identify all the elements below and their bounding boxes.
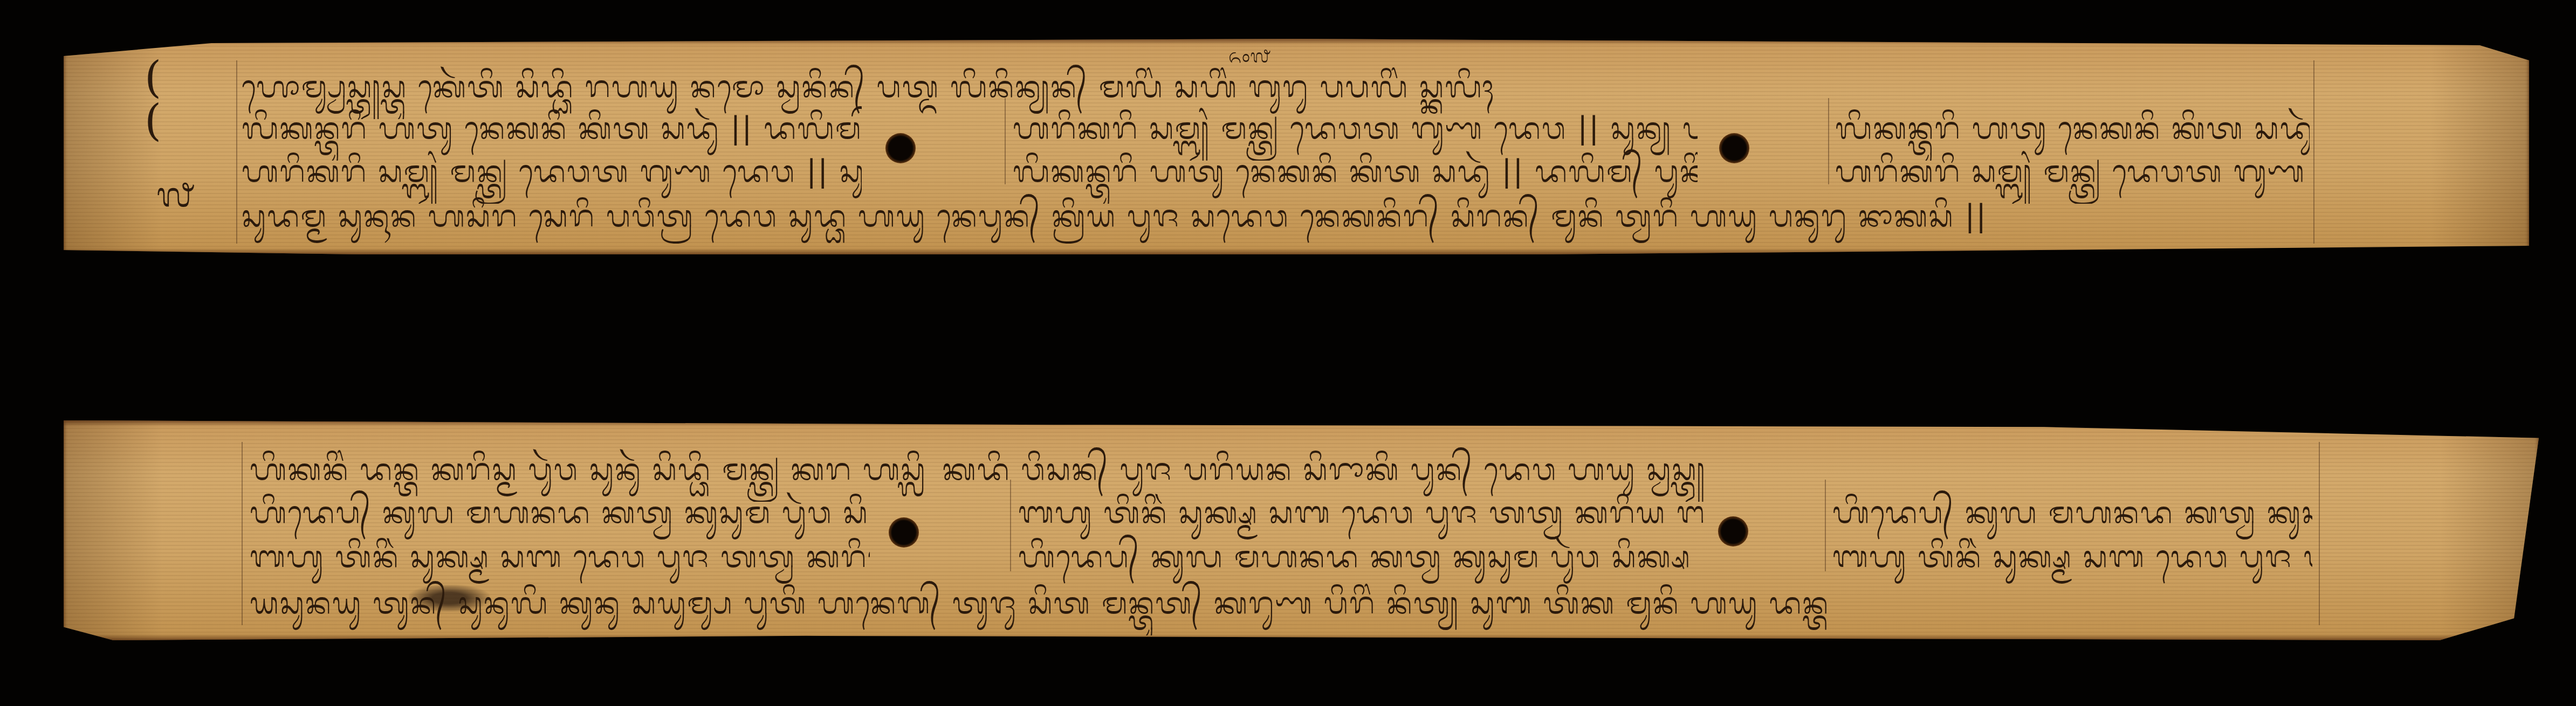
text-line: ᬮᬶᬓᬦ᭄ᬢᬸᬭᬶ ᬳᬢᬸ ᬦᬾᬓᬦᬶ ᬓᬶᬢ ᬲᬤᬸᬃ || ᬤᬮᬶᬫ᭄ ᬧᬸ… bbox=[1013, 149, 1698, 204]
text-line: ᬩᬳᬸ ᬢᬶᬦᬶᬃ ᬲᬸᬓ᭄ᬱ᭄ᬫ ᬲᬩ ᬤᬾᬯ ᬧᬸᬚ ᬢᬢ᭄ᬯ ᬓᬭᬶᬬ ᬩ… bbox=[1832, 535, 2312, 589]
text-line: ᬬᬲᬸᬦᬬᬸ ᬢᬸᬦ᭄ ᬲᬸᬦᬸᬮᬶ ᬓᬸᬦᬸ ᬲᬬᬸᬫ᭄ᬲ ᬧᬸᬢᬶ ᬳᬦᬾᬕ… bbox=[250, 581, 2326, 635]
palm-leaf-folio-2: ᬳᬶᬓᬦᬶᬂ ᬤᬦ᭄ᬢ ᬓᬭᬶᬲ᭄ᬫ ᬧᬸᬃᬯ ᬲᬸᬦᬸᬃ ᬲᬶᬤ᭄ᬥᬶ ᬫᬦ᭄… bbox=[64, 420, 2539, 640]
margin-mark: ᭗ bbox=[156, 178, 194, 212]
margin-mark: ( bbox=[145, 99, 161, 142]
binding-hole bbox=[1718, 516, 1748, 546]
text-line: ᬳᬭᬶᬓᬭᬶ ᬲᬫ᭄ᬩ᭄ᬬᬂ ᬫᬦ᭄ᬢ᭄ᬭ ᬤᬾᬯᬢ ᬕᬸᬡ ᬤᬾᬯ || ᬲᬸ… bbox=[1835, 149, 2310, 204]
margin-rule bbox=[2313, 60, 2314, 244]
text-line: ᬳᬶᬤᬾᬧ᭄ ᬓᬸᬮ ᬫᬳᬦᬤ ᬓᬢ᭄ᬯ ᬓᬸᬲᬸᬫ ᬧᬸᬃᬯ ᬲᬶᬓ᭄ᬱ ᬫᬸ… bbox=[1018, 535, 1703, 589]
binding-hole bbox=[885, 133, 916, 163]
palm-leaf-folio-1: ( ( ᭗ ᭖᭐᭗ ᬳᭀᬫ᭄ᬲ᭄ᬯᬲ᭄ᬢ᭄ᬬᬲ᭄ᬢᬸ ᬓᬾᬃᬢᬶ ᬲᬶᬤ᭄ᬥᬶ … bbox=[64, 39, 2529, 254]
binding-hole bbox=[889, 517, 919, 548]
binding-hole bbox=[1719, 133, 1749, 163]
margin-rule bbox=[236, 60, 237, 244]
margin-mark: ( bbox=[145, 56, 161, 99]
margin-rule bbox=[242, 442, 243, 625]
